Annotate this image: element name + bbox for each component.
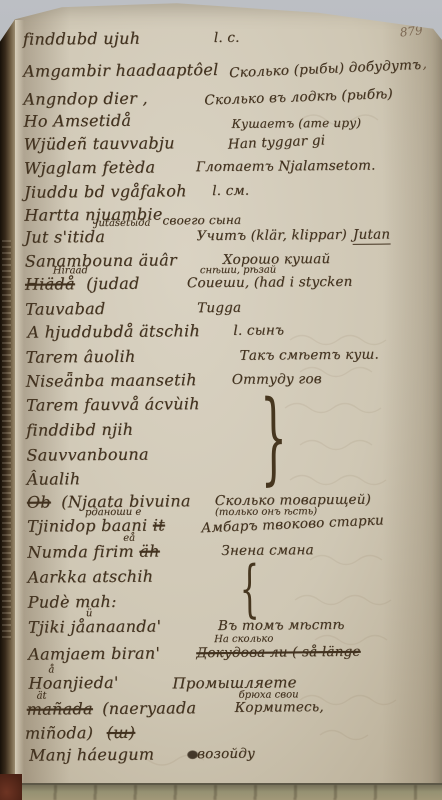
native-text: Sanambouna äuâr [25, 250, 177, 270]
native-text: Ho Amsetidå [23, 111, 131, 131]
underlying-page-edge [0, 783, 442, 800]
native-text: Tarem âuolih [26, 347, 136, 367]
entry-row: Hiräad Hiädå (judad снѣши, рѣзай Соиеши,… [25, 274, 140, 294]
page-edge-lines [2, 240, 11, 640]
entry-row: Angndop dier , Сколько въ лодкѣ (рыбѣ) [23, 89, 148, 109]
native-struck-text: Hiädå [25, 274, 75, 293]
entry-row: Jiuddu bd vgåfakoh l. см. [24, 181, 187, 201]
entry-row: Tarem âuolih Такъ смѣетъ куш. [26, 347, 136, 367]
entry-row: Aarkka atschih [27, 567, 153, 587]
gloss-text: l. сынъ [233, 322, 284, 338]
entry-row: Wjüdeñ tauvvabju Han tyggar gi [24, 133, 175, 153]
native-text: Tarem fauvvå ácvùih [26, 394, 200, 415]
native-struck-text: äh [139, 542, 160, 561]
superscript-note: Hiräad [53, 265, 88, 276]
binding-corner [0, 774, 22, 800]
gloss-text: Въ томъ мѣстѣ [218, 617, 345, 634]
entry-row: Ho Amsetidå Кушаетъ (ате иру) [23, 111, 131, 131]
gloss-superscript: На сколько [214, 634, 273, 646]
native-text: Angndop dier , [23, 89, 148, 109]
gloss-text: l. c. [214, 30, 240, 46]
page-curl-highlight [15, 20, 24, 800]
gloss-main: Учитъ (klär, klippar) [196, 227, 347, 244]
entry-row: Niseǟnba maansetih Оттуду гов [26, 370, 197, 390]
native-struck-text: Ob [27, 492, 51, 511]
native-text: Sauvvanbouna [26, 445, 149, 465]
entry-row: Sanambouna äuâr Хорошо кушай [25, 250, 177, 270]
native-text: finddibd njih [26, 420, 133, 440]
gloss-text: Знена смана [221, 542, 314, 559]
entry-row: Wjaglam fetèda Глотаетъ Njalamsetom. [24, 158, 156, 178]
gloss-text: возойду [197, 746, 255, 763]
native-text: Aarkka atschih [27, 567, 153, 587]
entry-row: Manj háeugum возойду [29, 745, 154, 765]
superscript-note: ü [86, 608, 93, 619]
entry-row: eå Numda firim äh Знена смана [27, 542, 160, 562]
gloss-underlined: Jutan [353, 227, 390, 245]
native-text: Wjaglam fetèda [24, 158, 156, 178]
grouping-brace: } [260, 387, 288, 487]
entry-row: Pudè mah: [28, 592, 117, 612]
gloss-text: своего сына [162, 213, 241, 228]
native-text: (judad [86, 274, 140, 293]
entry-row: Tarem fauvvå ácvùih [26, 394, 200, 415]
native-text: Niseǟnba maansetih [26, 370, 197, 390]
gloss-text: Соиеши, (had i stycken [187, 274, 353, 291]
native-text: Manj háeugum [29, 745, 154, 765]
native-text: (naeryaada [102, 698, 196, 718]
manuscript-photo: { "page": { "number": "879", "corner_mar… [0, 0, 442, 800]
native-text: Tjiki jåanaanda' [28, 617, 162, 637]
gloss-text: Глотаетъ Njalamsetom. [196, 158, 376, 176]
entry-row: ü Tjiki jåanaanda' Въ томъ мѣстѣ [28, 617, 162, 637]
superscript-note: eå [123, 533, 135, 544]
native-struck-text: mañada [27, 699, 93, 719]
native-text: Wjüdeñ tauvvabju [24, 133, 175, 153]
gloss-text: Han tyggar gi [227, 132, 325, 152]
native-text: Numda firim [27, 542, 134, 562]
gloss-text: Кормитесь, [235, 699, 324, 716]
native-text: Tauvabad [25, 299, 105, 319]
gloss-text: Сколько въ лодкѣ (рыбѣ) [204, 86, 393, 109]
gloss-text: Сколько (рыбы) добудутъ [229, 57, 422, 81]
gloss-text: l. см. [212, 183, 249, 199]
superscript-note: рданоши е [85, 507, 141, 518]
gloss-struck-text: Докудова ли ( så länge [196, 644, 361, 661]
corner-comma-mark: , [423, 56, 428, 72]
entry-row: Jutåsetыда Jut s'itida Учитъ (klär, klip… [24, 227, 105, 247]
native-struck-text: (ш) [107, 723, 136, 742]
native-text: finddubd ujuh [23, 29, 141, 49]
entry-row: ät mañada (naeryaada брюха свои Кормитес… [27, 698, 197, 718]
gloss-text: Такъ смѣетъ куш. [240, 347, 379, 364]
manuscript-page: 879 , finddubd ujuh l. c. Amgambir haada… [0, 0, 442, 800]
native-struck-text: it [153, 515, 165, 534]
superscript-note: ät [37, 691, 47, 702]
entry-row: Amgambir haadaaptôel Сколько (рыбы) добу… [23, 60, 219, 81]
entry-row: finddubd ujuh l. c. [23, 29, 141, 49]
underlying-page-writing [0, 785, 442, 800]
superscript-note: å [48, 664, 54, 675]
entry-row: Tauvabad Tugga [25, 299, 105, 319]
native-text: Amgambir haadaaptôel [23, 60, 219, 81]
gloss-text: Кушаетъ (ате иру) [232, 116, 362, 131]
entry-row: A hjuddubdå ätschih l. сынъ [27, 321, 200, 342]
entry-row: miñoda) (ш) [25, 723, 135, 743]
superscript-note: Jutåsetыда [94, 218, 150, 229]
page-content: 879 , finddubd ujuh l. c. Amgambir haada… [0, 0, 442, 800]
gloss-text: Учитъ (klär, klippar)Jutan [196, 227, 390, 245]
entry-row: Sauvvanbouna [26, 445, 149, 465]
native-text: Jut s'itida [24, 227, 105, 247]
native-text: Âualih [27, 469, 81, 488]
grouping-brace: { [239, 558, 259, 620]
entry-row: finddibd njih [26, 420, 133, 440]
gloss-text: Tugga [197, 300, 241, 316]
entry-row: рданоши е Tjinidop baani it (только онъ … [27, 515, 165, 535]
page-number: 879 [399, 23, 423, 40]
native-text: Pudè mah: [28, 592, 117, 612]
native-text: A hjuddubdå ätschih [27, 321, 200, 342]
native-text: miñoda) [25, 723, 94, 743]
native-text: Jiuddu bd vgåfakoh [24, 181, 187, 201]
entry-row: Aamjaem biran' На сколько Докудова ли ( … [28, 644, 160, 664]
native-text: Aamjaem biran' [28, 644, 160, 664]
entry-row: Âualih [27, 469, 81, 488]
